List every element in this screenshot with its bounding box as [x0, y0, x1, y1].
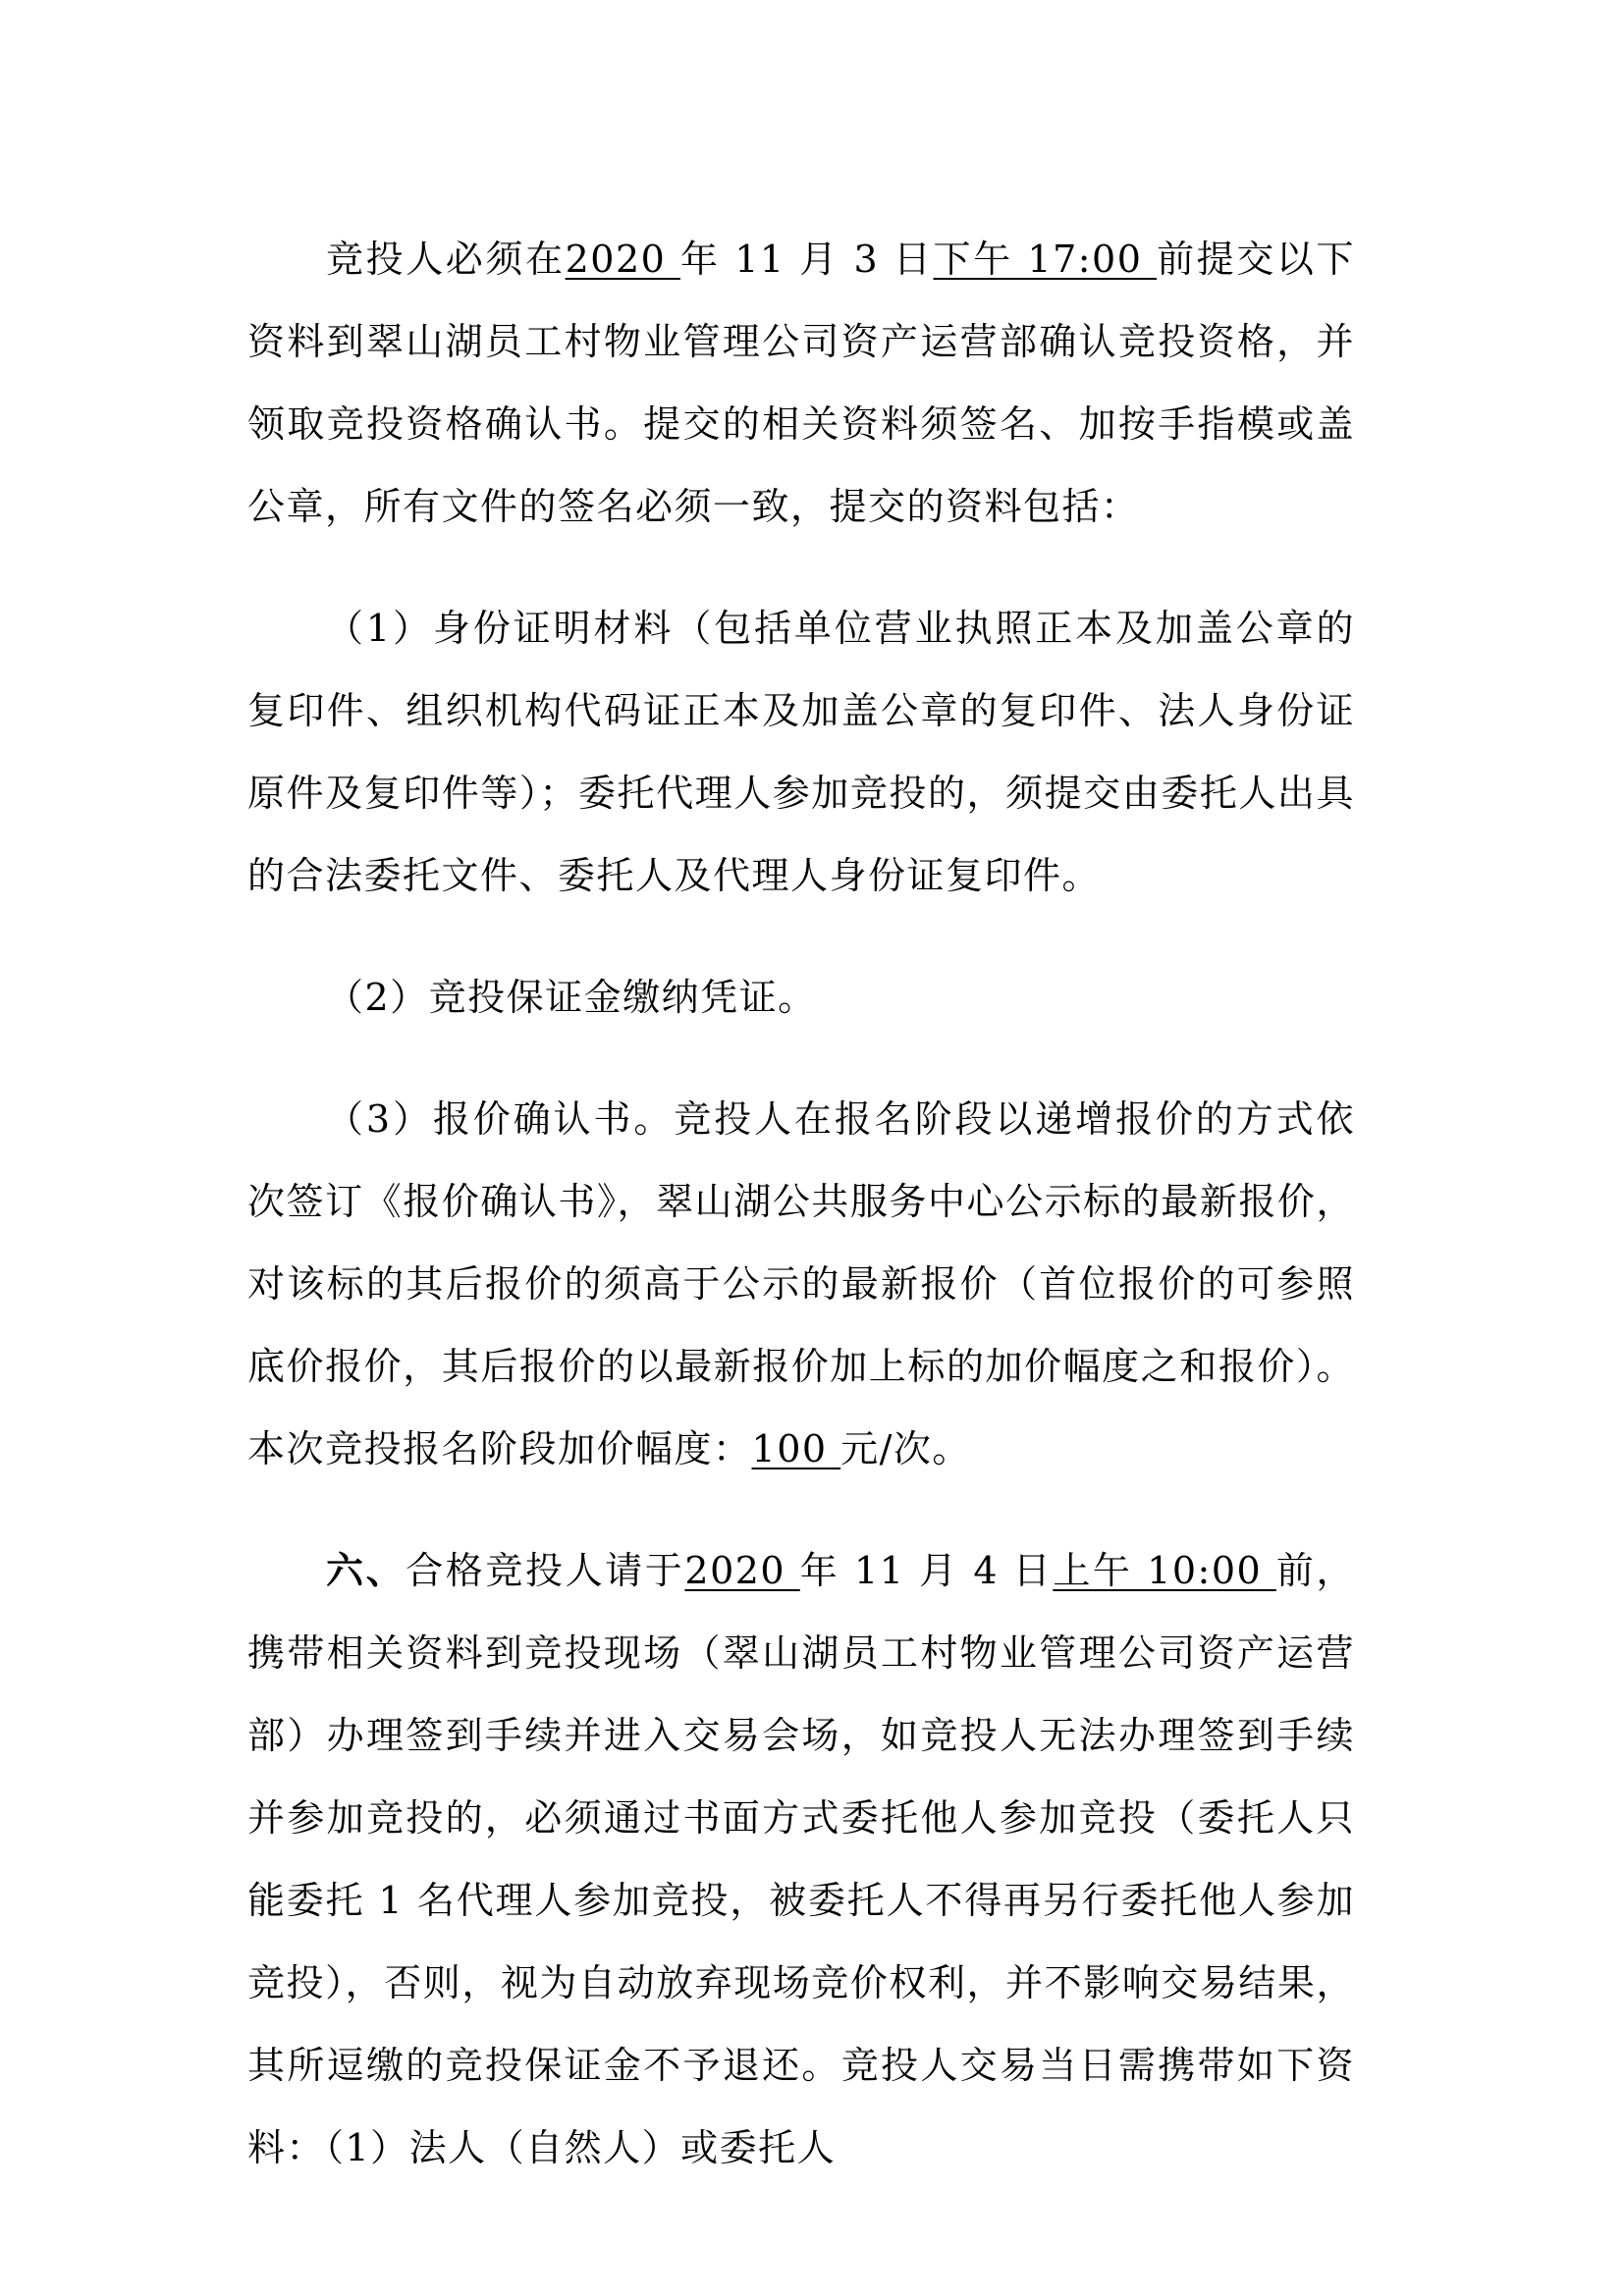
underlined-year: 2020: [566, 238, 680, 281]
paragraph-item-1: （1）身份证明材料（包括单位营业执照正本及加盖公章的复印件、组织机构代码证正本及…: [247, 587, 1355, 917]
text-run: 年 11 月 4 日: [800, 1549, 1054, 1592]
underlined-increment: 100: [752, 1427, 841, 1470]
text-run: （3）报价确认书。竞投人在报名阶段以递增报价的方式依次签订《报价确认书》，翠山湖…: [247, 1097, 1355, 1470]
text-run: 前提交以下资料到翠山湖员工村物业管理公司资产运营部确认竞投资格，并领取竞投资格确…: [247, 238, 1355, 528]
underlined-year: 2020: [684, 1549, 799, 1592]
text-run: 合格竞投人请于: [406, 1549, 684, 1592]
text-run: 年 11 月 3 日: [680, 238, 934, 281]
underlined-signin-time: 上午 10:00: [1053, 1549, 1276, 1592]
document-page: 竞投人必须在2020 年 11 月 3 日下午 17:00 前提交以下资料到翠山…: [247, 218, 1355, 2189]
text-run: 竞投人必须在: [326, 238, 566, 281]
paragraph-intro: 竞投人必须在2020 年 11 月 3 日下午 17:00 前提交以下资料到翠山…: [247, 218, 1355, 548]
paragraph-item-3: （3）报价确认书。竞投人在报名阶段以递增报价的方式依次签订《报价确认书》，翠山湖…: [247, 1078, 1355, 1490]
text-run: 元/次。: [840, 1427, 971, 1470]
underlined-deadline-time: 下午 17:00: [934, 238, 1158, 281]
section-number: 六、: [326, 1548, 406, 1592]
paragraph-section-6: 六、合格竞投人请于2020 年 11 月 4 日上午 10:00 前，携带相关资…: [247, 1529, 1355, 2189]
paragraph-item-2: （2）竞投保证金缴纳凭证。: [247, 956, 1355, 1039]
text-run: 前，携带相关资料到竞投现场（翠山湖员工村物业管理公司资产运营部）办理签到手续并进…: [247, 1549, 1355, 2169]
